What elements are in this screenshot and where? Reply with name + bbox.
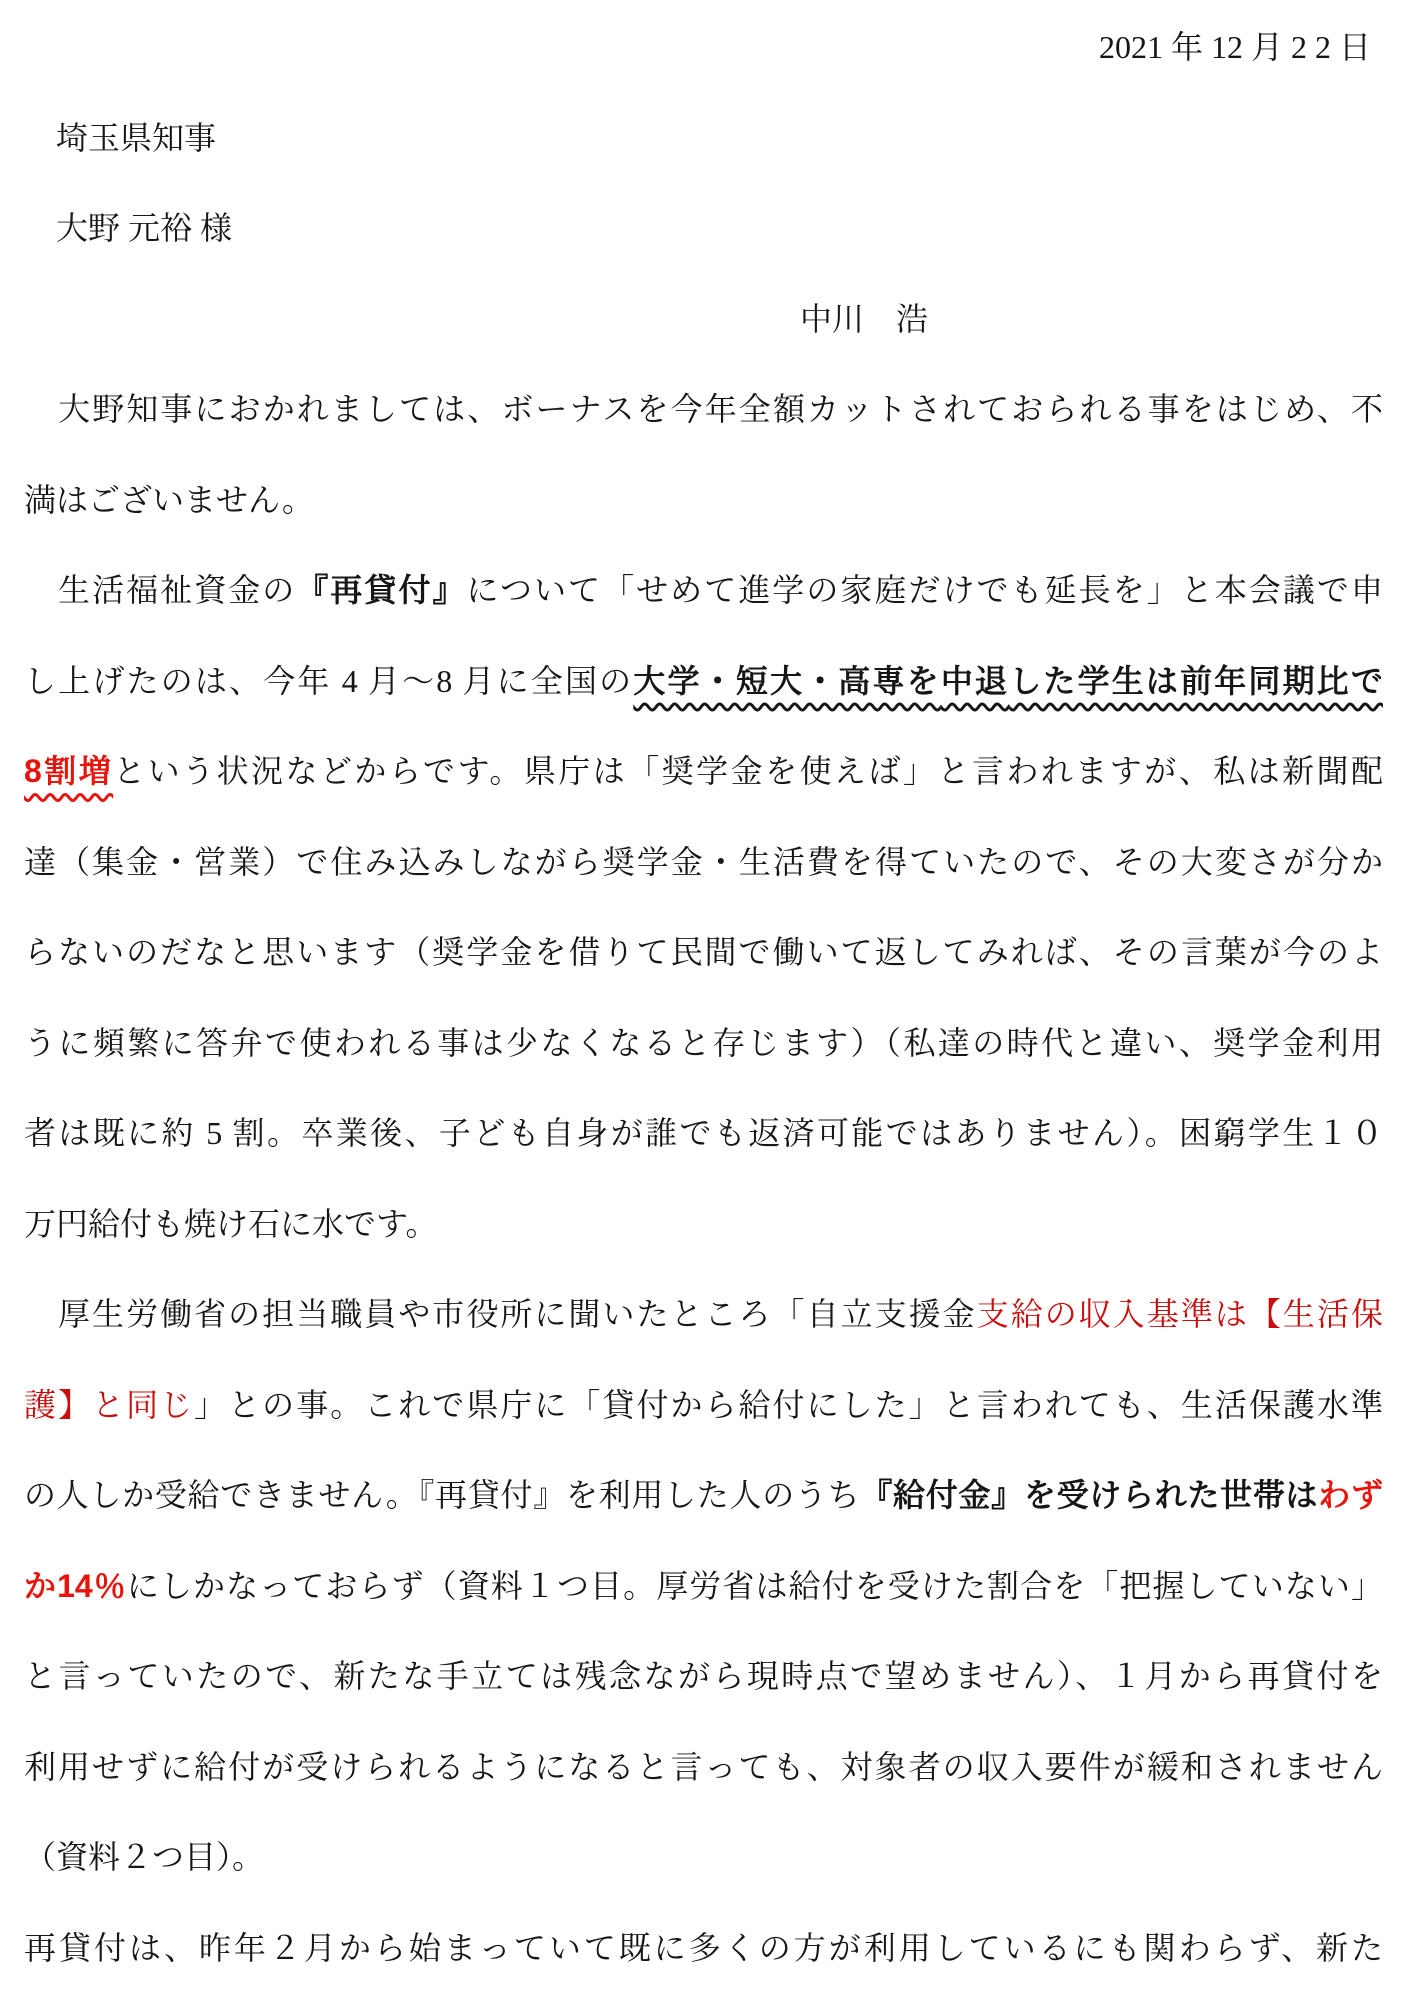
red-emphasis-run: わず [1318, 1477, 1383, 1513]
text-run: にしかなっておらず（資料１つ目。厚労省は給付を受けた割合を「把握していない」 [127, 1568, 1383, 1604]
body-line-13: の人しか受給できません。『再貸付』を利用した人のうち『給付金』を受けられた世帯は… [24, 1450, 1383, 1541]
letter-date: 2021 年 12 月 2 2 日 [24, 2, 1383, 93]
text-run: と言っていたので、新たな手立ては残念ながら現時点で望めません）、１月から再貸付を [24, 1658, 1383, 1694]
body-line-12: 護】と同じ」との事。これで県庁に「貸付から給付にした」と言われても、生活保護水準 [24, 1360, 1383, 1451]
body-line-17: （資料２つ目）。 [24, 1812, 1383, 1903]
body-line-7: らないのだなと思います（奨学金を借りて民間で働いて返してみれば、その言葉が今のよ [24, 907, 1383, 998]
body-line-16: 利用せずに給付が受けられるようになると言っても、対象者の収入要件が緩和されません [24, 1722, 1383, 1813]
body-line-2: 満はございません。 [24, 455, 1383, 546]
text-run: 生活福祉資金の [24, 572, 296, 608]
body-line-8: うに頻繁に答弁で使われる事は少なくなると存じます）（私達の時代と違い、奨学金利用 [24, 998, 1383, 1089]
body-line-6: 達（集金・営業）で住み込みしながら奨学金・生活費を得ていたので、その大変さが分か [24, 817, 1383, 908]
text-run: 達（集金・営業）で住み込みしながら奨学金・生活費を得ていたので、その大変さが分か [24, 844, 1383, 880]
wavy-underline-group: 大学・短大・高専を中退した学生は前年同期比で [633, 663, 1383, 699]
letter-document: 2021 年 12 月 2 2 日 埼玉県知事 大野 元裕 様 中川 浩 大野知… [0, 0, 1405, 2008]
text-run: の人しか受給できません。『再貸付』を利用した人のうち [24, 1477, 860, 1513]
text-run: 万円給付も焼け石に水です。 [24, 1206, 437, 1242]
text-run: （資料２つ目）。 [24, 1839, 264, 1875]
sender-name-line: 中川 浩 [24, 274, 1383, 365]
text-run: らないのだなと思います（奨学金を借りて民間で働いて返してみれば、その言葉が今のよ [24, 934, 1383, 970]
text-run: 大野知事におかれましては、ボーナスを今年全額カットされておられる事をはじめ、不 [24, 391, 1383, 427]
body-line-10: 万円給付も焼け石に水です。 [24, 1179, 1383, 1270]
text-run: し上げたのは、今年 4 月～8 月に全国の [24, 663, 633, 699]
bold-run: 『再貸付』 [296, 572, 466, 608]
body-line-11: 厚生労働省の担当職員や市役所に聞いたところ「自立支援金支給の収入基準は【生活保 [24, 1269, 1383, 1360]
red-emphasis-run: か14％ [24, 1568, 127, 1604]
body-line-3: 生活福祉資金の『再貸付』について「せめて進学の家庭だけでも延長を」と本会議で申 [24, 545, 1383, 636]
body-line-4: し上げたのは、今年 4 月～8 月に全国の大学・短大・高専を中退した学生は前年同… [24, 636, 1383, 727]
red-text-run: 護】と同じ [24, 1387, 194, 1423]
body-line-9: 者は既に約 5 割。卒業後、子ども自身が誰でも返済可能ではありません）。困窮学生… [24, 1088, 1383, 1179]
text-run: 厚生労働省の担当職員や市役所に聞いたところ「自立支援金 [24, 1296, 977, 1332]
text-run: について「せめて進学の家庭だけでも延長を」と本会議で申 [467, 572, 1383, 608]
text-run: 満はございません。 [24, 482, 314, 518]
gothic-emphasis-run: 中退 [941, 663, 1009, 699]
body-line-14: か14％にしかなっておらず（資料１つ目。厚労省は給付を受けた割合を「把握していな… [24, 1541, 1383, 1632]
bold-run: した学生は前年同期比で [1009, 663, 1383, 699]
text-run: 再貸付は、昨年２月から始まっていて既に多くの方が利用しているにも関わらず、新た [24, 1930, 1383, 1966]
recipient-name-line: 大野 元裕 様 [24, 183, 1383, 274]
gothic-emphasis-run: 『給付金』を受けられた世帯は [860, 1477, 1318, 1513]
recipient-title-line: 埼玉県知事 [24, 93, 1383, 184]
text-run: という状況などからです。県庁は「奨学金を使えば」と言われますが、私は新聞配 [113, 753, 1383, 789]
body-line-1: 大野知事におかれましては、ボーナスを今年全額カットされておられる事をはじめ、不 [24, 364, 1383, 455]
body-line-18: 再貸付は、昨年２月から始まっていて既に多くの方が利用しているにも関わらず、新た [24, 1903, 1383, 1994]
body-line-5: 8割増という状況などからです。県庁は「奨学金を使えば」と言われますが、私は新聞配 [24, 726, 1383, 817]
text-run: 」との事。これで県庁に「貸付から給付にした」と言われても、生活保護水準 [194, 1387, 1383, 1423]
body-line-15: と言っていたので、新たな手立ては残念ながら現時点で望めません）、１月から再貸付を [24, 1631, 1383, 1722]
red-text-run: 支給の収入基準は【生活保 [977, 1296, 1383, 1332]
text-run: 者は既に約 5 割。卒業後、子ども自身が誰でも返済可能ではありません）。困窮学生… [24, 1115, 1383, 1151]
bold-run: 大学・短大・高専を [633, 663, 941, 699]
red-emphasis-run: 8割増 [24, 753, 113, 789]
text-run: うに頻繁に答弁で使われる事は少なくなると存じます）（私達の時代と違い、奨学金利用 [24, 1025, 1383, 1061]
text-run: 利用せずに給付が受けられるようになると言っても、対象者の収入要件が緩和されません [24, 1749, 1383, 1785]
